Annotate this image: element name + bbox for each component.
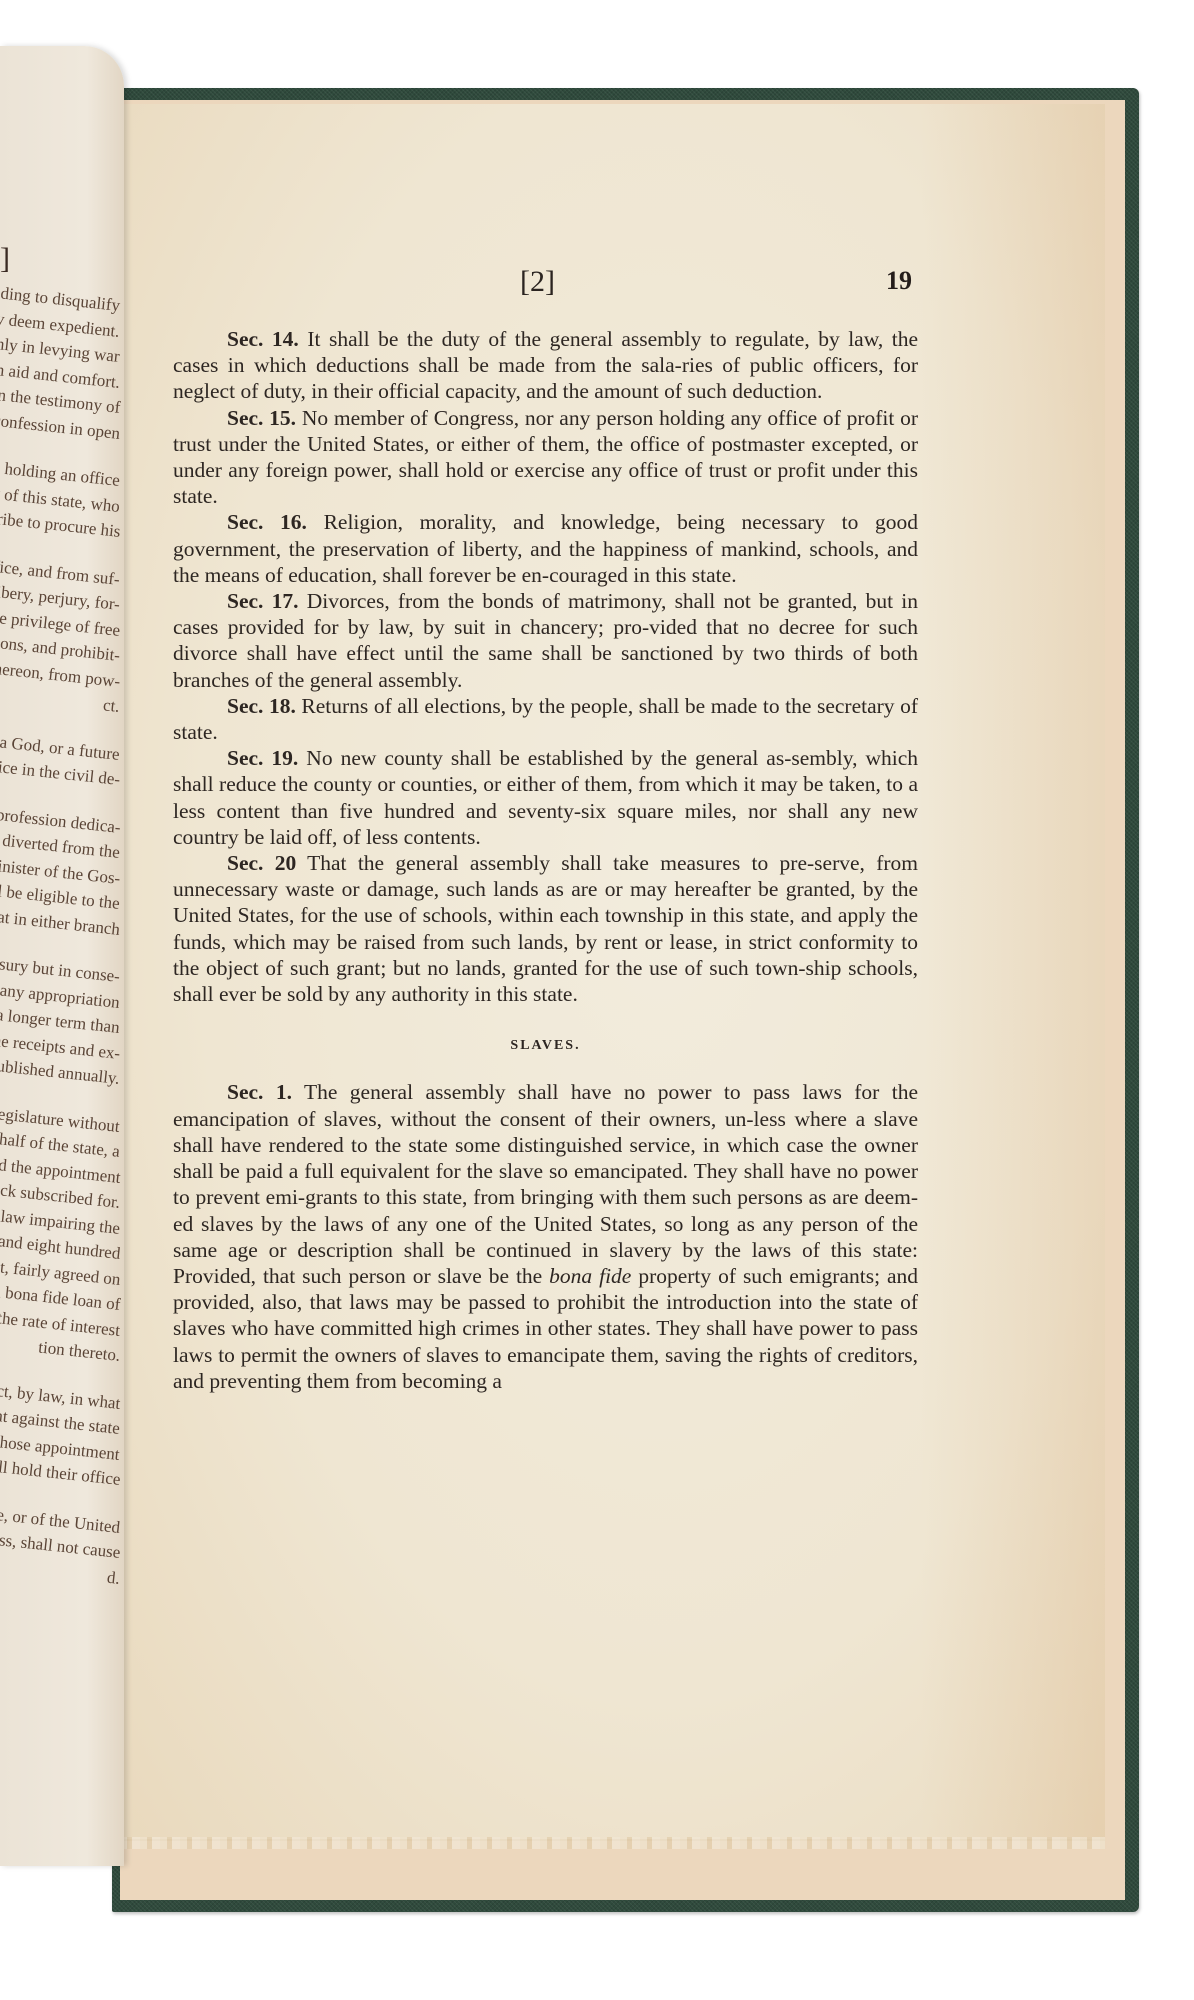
left-page-line: d. xyxy=(106,1567,121,1588)
section-19: Sec. 19. No new county shall be establis… xyxy=(173,745,918,850)
section-label: Sec. 16. xyxy=(227,510,307,534)
section-15: Sec. 15. No member of Congress, nor any … xyxy=(173,405,918,510)
left-page-line: the treasury but in conse- xyxy=(0,949,121,987)
italic-phrase: bona fide xyxy=(549,1264,631,1288)
section-label: Sec. 17. xyxy=(227,589,299,613)
section-20: Sec. 20 That the general assembly shall … xyxy=(173,850,918,1007)
section-14: Sec. 14. It shall be the duty of the gen… xyxy=(173,326,918,405)
section-label: Sec. 14. xyxy=(227,327,299,351)
signature-mark: [2] xyxy=(520,265,555,299)
section-text: The general assembly shall have no power… xyxy=(173,1080,918,1287)
section-label: Sec. 18. xyxy=(227,694,296,718)
section-18: Sec. 18. Returns of all elections, by th… xyxy=(173,693,918,745)
left-page-line: alified from holding an office xyxy=(0,450,121,491)
section-label: Sec. 20 xyxy=(227,851,296,875)
page-number: 19 xyxy=(886,266,912,296)
section-label: Sec. 19. xyxy=(227,746,298,770)
section-16: Sec. 16. Religion, morality, and knowled… xyxy=(173,509,918,588)
foxing-stain xyxy=(920,104,1105,1839)
left-page-line: ct. xyxy=(103,695,122,717)
slaves-section-1: Sec. 1. The general assembly shall have … xyxy=(173,1079,918,1393)
left-page-line: tion thereto. xyxy=(37,1337,121,1365)
section-label: Sec. 15. xyxy=(227,406,296,430)
slaves-heading: SLAVES. xyxy=(173,1033,918,1059)
left-page-header: ] xyxy=(0,242,10,276)
section-label: Sec. 1. xyxy=(227,1080,292,1104)
left-page: ] duelling, extending to disqualifyof, a… xyxy=(0,46,124,1866)
left-page-line: duelling, extending to disqualify xyxy=(0,273,121,316)
page-body: Sec. 14. It shall be the duty of the gen… xyxy=(173,326,918,1394)
section-17: Sec. 17. Divorces, from the bonds of mat… xyxy=(173,588,918,693)
